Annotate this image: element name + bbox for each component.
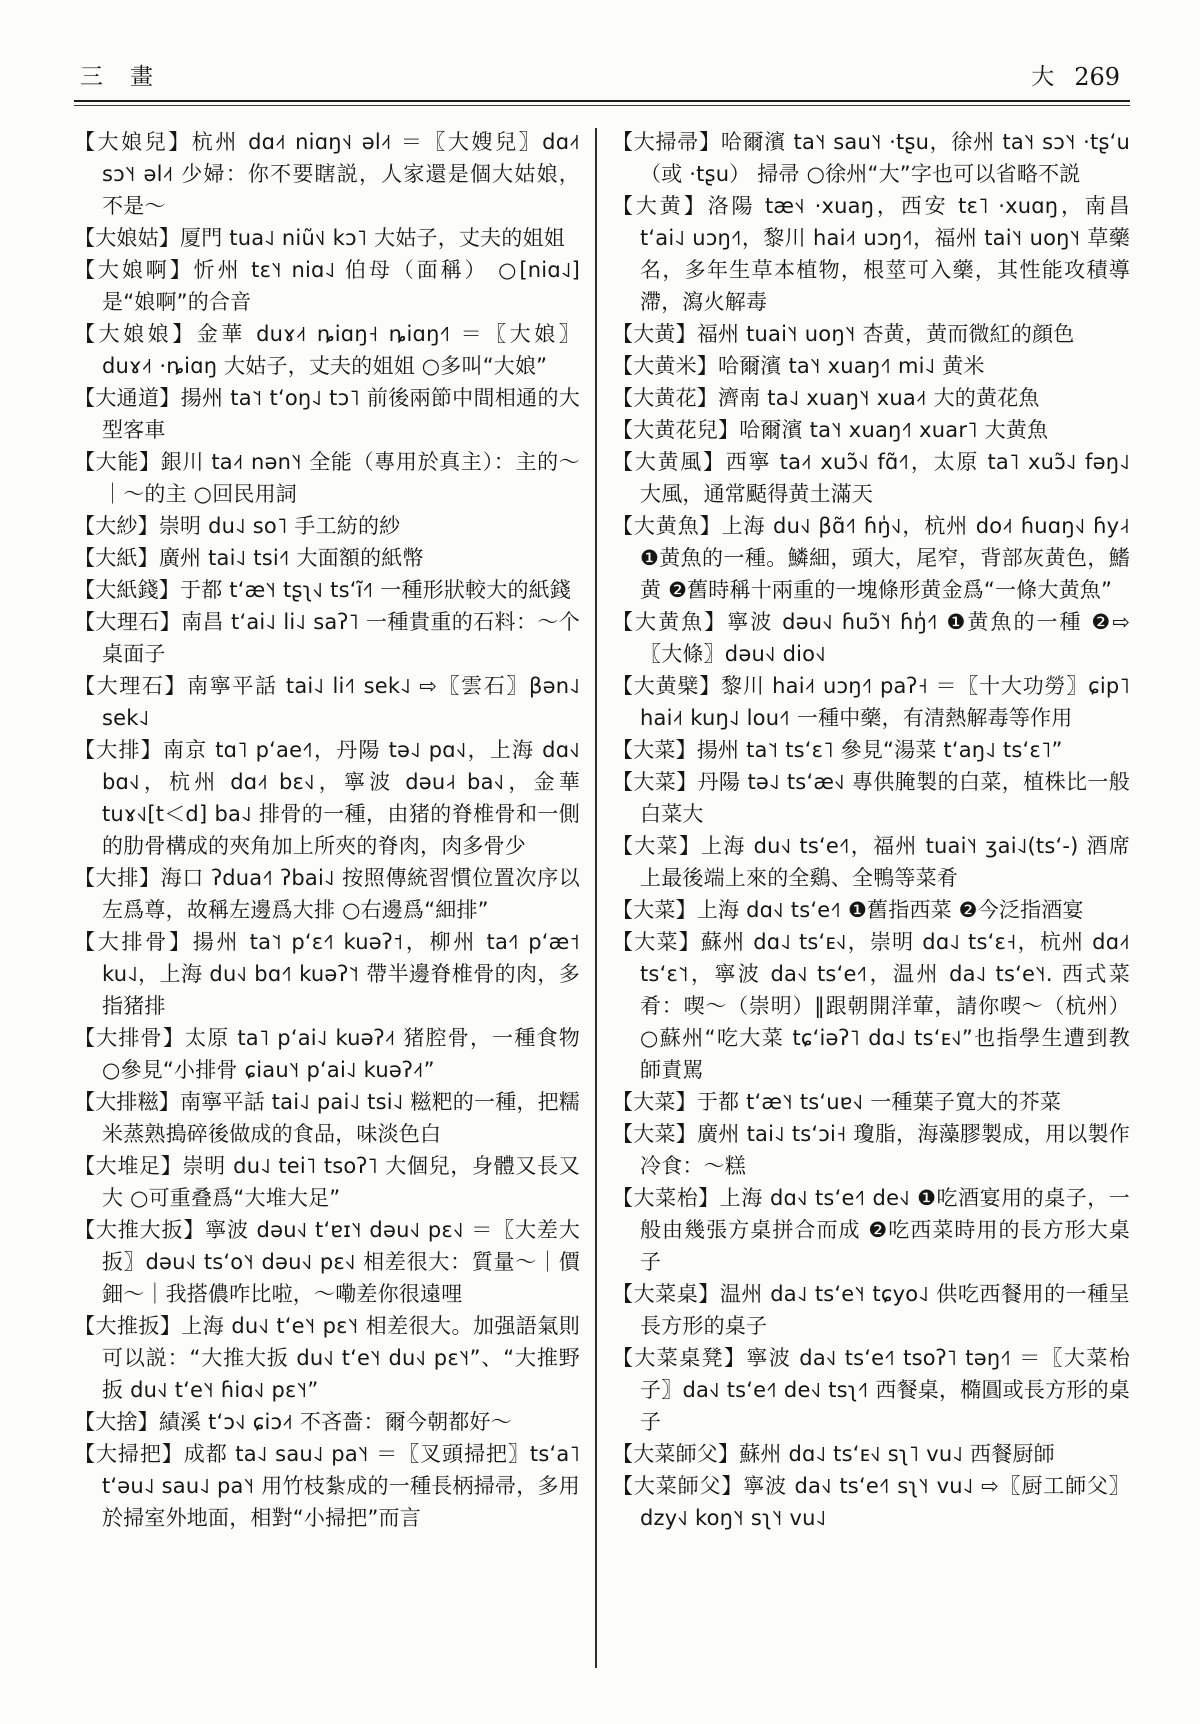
entry-body: 上海 dɑ˧˩ tsʻe˧˥ ❶舊指西菜 ❷今泛指酒宴	[697, 898, 1084, 922]
entry-body: 洛陽 tæ˦˨ ·xuaŋ，西安 tɛ˥ ·xuɑŋ，南昌 tʻai˨˩ uɔŋ…	[640, 194, 1130, 314]
dictionary-entry: 【大能】銀川 ta˨˦ nən˥˧ 全能（專用於真主）：主的～｜～的主 ○回民用…	[74, 446, 580, 510]
dictionary-entry: 【大理石】南昌 tʻai˨˩ li˨˩ saʔ˥ 一種貴重的石料：～个桌面子	[74, 606, 580, 670]
entry-body: 丹陽 tə˨˩ tsʻæ˧˩ 專供腌製的白菜，植株比一般白菜大	[640, 770, 1130, 826]
page-number: 269	[1074, 63, 1120, 91]
entry-headword: 【大排骨】	[74, 930, 193, 954]
header-rule	[74, 100, 1130, 106]
page-indicator: 大 269	[1031, 58, 1120, 91]
entry-body: 哈爾濱 ta˥˧ xuaŋ˧˥ xuar˥ 大黄魚	[739, 418, 1048, 442]
entry-headword: 【大菜師父】	[612, 1442, 739, 1466]
dictionary-entry: 【大通道】揚州 ta˥˦ tʻoŋ˨˩ tɔ˥ 前後兩節中間相通的大型客車	[74, 382, 580, 446]
entry-headword: 【大通道】	[74, 386, 181, 410]
dictionary-entry: 【大排】海口 ʔdua˧˥ ʔbai˨˩ 按照傳統習慣位置次序以左爲尊，故稱左邊…	[74, 862, 580, 926]
right-column: 【大掃帚】哈爾濱 ta˥˧ sau˥˧ ·tʂu，徐州 ta˥˧ sɔ˥˧ ·t…	[612, 126, 1130, 1668]
entry-headword: 【大黄】	[612, 194, 708, 218]
dictionary-entry: 【大菜】廣州 tai˨˩ tsʻɔi˧ 瓊脂，海藻膠製成，用以製作冷食：～糕	[612, 1118, 1130, 1182]
entry-headword: 【大紙】	[74, 546, 159, 570]
dictionary-entry: 【大菜】揚州 ta˥˦ tsʻɛ˥ 參見“湯菜 tʻaŋ˨˩ tsʻɛ˥”	[612, 734, 1130, 766]
dictionary-entry: 【大菜】丹陽 tə˨˩ tsʻæ˧˩ 專供腌製的白菜，植株比一般白菜大	[612, 766, 1130, 830]
entry-body: 蘇州 dɑ˨˩ tsʻᴇ˧˩，崇明 dɑ˨˩ tsʻɛ˧，杭州 dɑ˨˦ tsʻ…	[640, 930, 1130, 1082]
entry-headword: 【大黄】	[612, 322, 697, 346]
entry-body: 上海 du˧˩ tsʻe˧˥，福州 tuai˥˧ ʒai˨˩(tsʻ-) 酒席上…	[640, 834, 1130, 890]
dictionary-entry: 【大掃把】成都 ta˨˩ sau˨˩ pa˥˧ ＝〖叉頭掃把〗tsʻa˥ tʻə…	[74, 1438, 580, 1534]
dictionary-entry: 【大菜】上海 du˧˩ tsʻe˧˥，福州 tuai˥˧ ʒai˨˩(tsʻ-)…	[612, 830, 1130, 894]
entry-headword: 【大菜】	[612, 738, 697, 762]
dictionary-entry: 【大菜】于都 tʻæ˥˧ tsʻuɐ˧˩ 一種葉子寬大的芥菜	[612, 1086, 1130, 1118]
entry-headword: 【大菜師父】	[612, 1474, 743, 1498]
dictionary-entry: 【大紙錢】于都 tʻæ˥˧ tʂʅ˧˩ tsʻĩ˧˥ 一種形狀較大的紙錢	[74, 574, 580, 606]
entry-headword: 【大黄魚】	[612, 610, 727, 634]
entry-headword: 【大菜】	[612, 898, 697, 922]
entry-headword: 【大能】	[74, 450, 161, 474]
radical-char: 大	[1031, 58, 1056, 91]
dictionary-entry: 【大黄檗】黎川 hai˨˦ uɔŋ˧˥ paʔ˧ ＝〖十大功勞〗ɕip˥ hai…	[612, 670, 1130, 734]
dictionary-entry: 【大菜枱】上海 dɑ˧˩ tsʻe˧˥ de˧˩ ❶吃酒宴用的桌子，一般由幾張方…	[612, 1182, 1130, 1278]
dictionary-entry: 【大娘姑】厦門 tua˨˩ niũ˦˩ kɔ˥ 大姑子，丈夫的姐姐	[74, 222, 580, 254]
entry-headword: 【大理石】	[74, 674, 187, 698]
entry-headword: 【大菜桌】	[612, 1282, 720, 1306]
dictionary-entry: 【大堆足】崇明 du˨˩ tei˥ tsoʔ˥ 大個兒，身體又長又大 ○可重叠爲…	[74, 1150, 580, 1214]
dictionary-entry: 【大黄花兒】哈爾濱 ta˥˧ xuaŋ˧˥ xuar˥ 大黄魚	[612, 414, 1130, 446]
dictionary-entry: 【大黄米】哈爾濱 ta˥˧ xuaŋ˧˥ mi˨˩ 黄米	[612, 350, 1130, 382]
dictionary-entry: 【大排骨】揚州 ta˥˦ pʻɛ˧˥ kuəʔ˦，柳州 ta˧˥ pʻæ˦ ku…	[74, 926, 580, 1022]
entry-headword: 【大掃帚】	[612, 130, 721, 154]
entry-body: 揚州 ta˥˦ tsʻɛ˥ 參見“湯菜 tʻaŋ˨˩ tsʻɛ˥”	[697, 738, 1063, 762]
dictionary-entry: 【大理石】南寧平話 tai˨˩ li˧˥ sek˨˩ ⇨〖雲石〗βən˨˩ se…	[74, 670, 580, 734]
page-header: 三 畫 大 269	[74, 58, 1130, 100]
entry-headword: 【大捨】	[74, 1410, 159, 1434]
entry-headword: 【大黄魚】	[612, 514, 722, 538]
entry-headword: 【大推扳】	[74, 1314, 181, 1338]
entry-headword: 【大黄檗】	[612, 674, 721, 698]
entry-headword: 【大紗】	[74, 514, 159, 538]
entry-body: 崇明 du˨˩ so˥ 手工紡的紗	[159, 514, 401, 538]
entry-body: 濟南 ta˨˩ xuaŋ˥˧ xua˨˦ 大的黄花魚	[718, 386, 1040, 410]
dictionary-entry: 【大黄花】濟南 ta˨˩ xuaŋ˥˧ xua˨˦ 大的黄花魚	[612, 382, 1130, 414]
entry-body: 厦門 tua˨˩ niũ˦˩ kɔ˥ 大姑子，丈夫的姐姐	[180, 226, 565, 250]
entry-headword: 【大娘兒】	[74, 130, 192, 154]
entry-headword: 【大排糍】	[74, 1090, 180, 1114]
entry-headword: 【大堆足】	[74, 1154, 182, 1178]
entry-headword: 【大娘姑】	[74, 226, 180, 250]
section-title: 三 畫	[80, 58, 155, 91]
entry-headword: 【大黄花】	[612, 386, 718, 410]
entry-body: 哈爾濱 ta˥˧ xuaŋ˧˥ mi˨˩ 黄米	[718, 354, 985, 378]
dictionary-entry: 【大菜】上海 dɑ˧˩ tsʻe˧˥ ❶舊指西菜 ❷今泛指酒宴	[612, 894, 1130, 926]
dictionary-entry: 【大菜桌凳】寧波 da˧˩ tsʻe˧˥ tsoʔ˥ təŋ˧˥ ＝〖大菜枱子〗…	[612, 1342, 1130, 1438]
dictionary-entry: 【大菜桌】温州 da˨˩ tsʻe˥˧ tɕyo˨˩ 供吃西餐用的一種呈長方形的…	[612, 1278, 1130, 1342]
dictionary-entry: 【大紙】廣州 tai˨˩ tsi˧˥ 大面額的紙幣	[74, 542, 580, 574]
entry-headword: 【大菜枱】	[612, 1186, 720, 1210]
entry-headword: 【大娘啊】	[74, 258, 194, 282]
entry-headword: 【大菜】	[612, 770, 698, 794]
dictionary-entry: 【大排糍】南寧平話 tai˨˩ pai˨˩ tsi˨˩ 糍粑的一種，把糯米蒸熟搗…	[74, 1086, 580, 1150]
entry-headword: 【大黄米】	[612, 354, 718, 378]
dictionary-entry: 【大黄風】西寧 ta˨˦ xuɔ̃˧˩ fɑ̃˧˥，太原 ta˥ xuɔ̃˨˩ …	[612, 446, 1130, 510]
entry-headword: 【大菜】	[612, 834, 701, 858]
dictionary-entry: 【大黄】福州 tuai˥˧ uoŋ˥˧ 杏黄，黄而微紅的顔色	[612, 318, 1130, 350]
entry-headword: 【大紙錢】	[74, 578, 180, 602]
entry-headword: 【大娘娘】	[74, 322, 197, 346]
dictionary-entry: 【大菜】蘇州 dɑ˨˩ tsʻᴇ˧˩，崇明 dɑ˨˩ tsʻɛ˧，杭州 dɑ˨˦…	[612, 926, 1130, 1086]
dictionary-entry: 【大推大扳】寧波 dəu˧˩ tʻɐɪ˥˧ dəu˧˩ pɛ˧˩ ＝〖大差大扳〗…	[74, 1214, 580, 1310]
dictionary-entry: 【大菜師父】寧波 da˧˩ tsʻe˧˥ sʅ˥˧ vu˨˩ ⇨〖厨工師父〗dz…	[612, 1470, 1130, 1534]
entry-body: 銀川 ta˨˦ nən˥˧ 全能（專用於真主）：主的～｜～的主 ○回民用詞	[102, 450, 580, 506]
entry-headword: 【大菜】	[612, 1122, 697, 1146]
entry-body: 福州 tuai˥˧ uoŋ˥˧ 杏黄，黄而微紅的顔色	[697, 322, 1075, 346]
dictionary-entry: 【大黄魚】上海 du˧˩ βɑ̃˧˥ ɦŋ̍˧˩，杭州 do˨˦ ɦuɑŋ˧˩ …	[612, 510, 1130, 606]
entry-headword: 【大黄花兒】	[612, 418, 739, 442]
dictionary-entry: 【大娘啊】忻州 tɛ˥˧ niɑ˨˩ 伯母（面稱） ○[niɑ˨˩]是“娘啊”的…	[74, 254, 580, 318]
entry-body: 海口 ʔdua˧˥ ʔbai˨˩ 按照傳統習慣位置次序以左爲尊，故稱左邊爲大排 …	[102, 866, 580, 922]
entry-body: 于都 tʻæ˥˧ tsʻuɐ˧˩ 一種葉子寬大的芥菜	[697, 1090, 1061, 1114]
dictionary-entry: 【大推扳】上海 du˧˩ tʻe˥˧ pɛ˥˧ 相差很大。加强語氣則可以説：“大…	[74, 1310, 580, 1406]
left-column: 【大娘兒】杭州 dɑ˨˦ niɑŋ˦˨ əl˨˦ ＝〖大嫂兒〗dɑ˨˦ sɔ˥˧…	[74, 126, 580, 1668]
entry-headword: 【大黄風】	[612, 450, 726, 474]
entry-body: 廣州 tai˨˩ tsi˧˥ 大面額的紙幣	[159, 546, 424, 570]
entry-headword: 【大菜】	[612, 930, 701, 954]
dictionary-entry: 【大黄魚】寧波 dəu˧˩ ɦuɔ̃˥˧ ɦŋ̍˧˥ ❶黄魚的一種 ❷⇨〖大條〗…	[612, 606, 1130, 670]
entry-headword: 【大排】	[74, 866, 161, 890]
dictionary-entry: 【大捨】績溪 tʻɔ˧˩ ɕiɔ˨˦ 不吝嗇：爾今朝都好～	[74, 1406, 580, 1438]
entry-body: 廣州 tai˨˩ tsʻɔi˧ 瓊脂，海藻膠製成，用以製作冷食：～糕	[640, 1122, 1130, 1178]
dictionary-entry: 【大菜師父】蘇州 dɑ˨˩ tsʻᴇ˧˩ sʅ˥ vu˨˩ 西餐厨師	[612, 1438, 1130, 1470]
entry-headword: 【大推大扳】	[74, 1218, 205, 1242]
entry-headword: 【大掃把】	[74, 1442, 184, 1466]
dictionary-entry: 【大娘娘】金華 duɤ˨˦ ȵiɑŋ˧ ȵiɑŋ˧˥ ＝〖大娘〗duɤ˨˦ ·ȵ…	[74, 318, 580, 382]
column-divider	[595, 128, 597, 1668]
entry-headword: 【大排】	[74, 738, 163, 762]
entry-body: 績溪 tʻɔ˧˩ ɕiɔ˨˦ 不吝嗇：爾今朝都好～	[159, 1410, 512, 1434]
entry-body: 南京 tɑ˥ pʻae˧˥，丹陽 tə˨˩ pɑ˧˩，上海 dɑ˧˩ bɑ˧˩，…	[102, 738, 580, 858]
dictionary-page: 三 畫 大 269 【大娘兒】杭州 dɑ˨˦ niɑŋ˦˨ əl˨˦ ＝〖大嫂兒…	[0, 0, 1200, 1668]
dictionary-entry: 【大排骨】太原 ta˥ pʻai˨˩ kuəʔ˨˦ 猪腔骨，一種食物 ○參見“小…	[74, 1022, 580, 1086]
entry-body: 蘇州 dɑ˨˩ tsʻᴇ˧˩ sʅ˥ vu˨˩ 西餐厨師	[739, 1442, 1055, 1466]
entry-body: 于都 tʻæ˥˧ tʂʅ˧˩ tsʻĩ˧˥ 一種形狀較大的紙錢	[180, 578, 571, 602]
dictionary-entry: 【大黄】洛陽 tæ˦˨ ·xuaŋ，西安 tɛ˥ ·xuɑŋ，南昌 tʻai˨˩…	[612, 190, 1130, 318]
entry-headword: 【大菜】	[612, 1090, 697, 1114]
text-columns: 【大娘兒】杭州 dɑ˨˦ niɑŋ˦˨ əl˨˦ ＝〖大嫂兒〗dɑ˨˦ sɔ˥˧…	[74, 126, 1130, 1668]
dictionary-entry: 【大娘兒】杭州 dɑ˨˦ niɑŋ˦˨ əl˨˦ ＝〖大嫂兒〗dɑ˨˦ sɔ˥˧…	[74, 126, 580, 222]
dictionary-entry: 【大排】南京 tɑ˥ pʻae˧˥，丹陽 tə˨˩ pɑ˧˩，上海 dɑ˧˩ b…	[74, 734, 580, 862]
dictionary-entry: 【大掃帚】哈爾濱 ta˥˧ sau˥˧ ·tʂu，徐州 ta˥˧ sɔ˥˧ ·t…	[612, 126, 1130, 190]
dictionary-entry: 【大紗】崇明 du˨˩ so˥ 手工紡的紗	[74, 510, 580, 542]
entry-headword: 【大菜桌凳】	[612, 1346, 746, 1370]
entry-headword: 【大理石】	[74, 610, 181, 634]
entry-headword: 【大排骨】	[74, 1026, 185, 1050]
